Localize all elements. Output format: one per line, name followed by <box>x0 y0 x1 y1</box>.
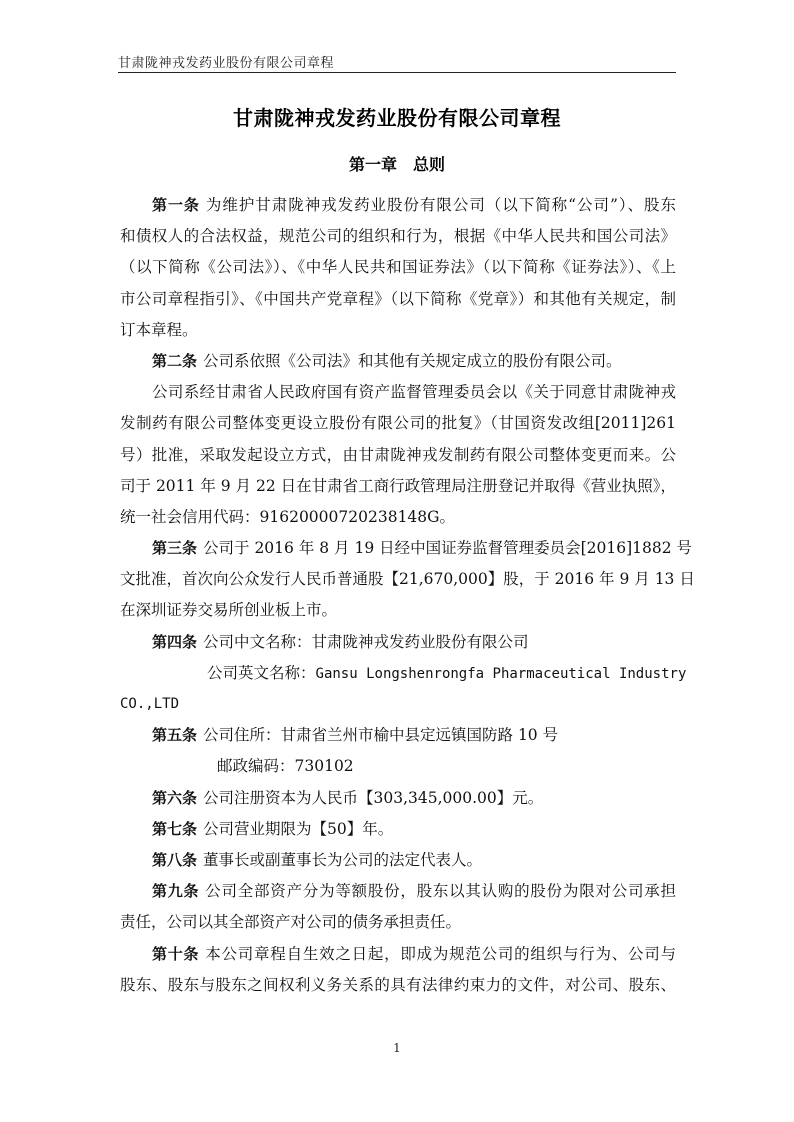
paragraph-line: 第三条公司于 2016 年 8 月 19 日经中国证券监督管理委员会[2016]… <box>120 533 676 564</box>
line-text: 公司注册资本为人民币【303,345,000.00】元。 <box>203 789 543 807</box>
paragraph-line: 第七条公司营业期限为【50】年。 <box>120 814 676 845</box>
article-label: 第五条 <box>152 726 197 744</box>
line-text: 公司中文名称：甘肃陇神戎发药业股份有限公司 <box>203 633 529 651</box>
article-label: 第八条 <box>152 851 197 869</box>
article-10: 第十条本公司章程自生效之日起，即成为规范公司的组织与行为、公司与 股东、股东与股… <box>120 939 676 1001</box>
page-number: 1 <box>0 1041 794 1055</box>
article-8: 第八条董事长或副董事长为公司的法定代表人。 <box>120 845 676 876</box>
line-text: 公司于 2016 年 8 月 19 日经中国证券监督管理委员会[2016]188… <box>203 539 692 557</box>
paragraph-line: 第一条为维护甘肃陇神戎发药业股份有限公司（以下简称“公司”）、股东 <box>120 190 676 221</box>
paragraph-line: CO.,LTD <box>120 689 676 720</box>
line-text: 公司全部资产分为等额股份，股东以其认购的股份为限对公司承担 <box>205 882 676 900</box>
paragraph-line: 和债权人的合法权益，规范公司的组织和行为，根据《中华人民共和国公司法》 <box>120 221 676 252</box>
document-page: 甘肃陇神戎发药业股份有限公司章程 甘肃陇神戎发药业股份有限公司章程 第一章 总则… <box>0 0 794 1122</box>
paragraph-line: 公司英文名称：Gansu Longshenrongfa Pharmaceutic… <box>120 658 676 689</box>
paragraph-line: 文批准，首次向公众发行人民币普通股【21,670,000】股，于 2016 年 … <box>120 564 676 595</box>
article-5: 第五条公司住所：甘肃省兰州市榆中县定远镇国防路 10 号 邮政编码：730102 <box>120 720 676 782</box>
article-label: 第二条 <box>152 352 197 370</box>
paragraph-line: 市公司章程指引》、《中国共产党章程》（以下简称《党章》）和其他有关规定，制 <box>120 284 676 315</box>
line-text: 公司系依照《公司法》和其他有关规定成立的股份有限公司。 <box>203 352 622 370</box>
paragraph-line: 第四条公司中文名称：甘肃陇神戎发药业股份有限公司 <box>120 627 676 658</box>
paragraph-line: 第二条公司系依照《公司法》和其他有关规定成立的股份有限公司。 <box>120 346 676 377</box>
article-3: 第三条公司于 2016 年 8 月 19 日经中国证券监督管理委员会[2016]… <box>120 533 676 627</box>
paragraph-line: 第八条董事长或副董事长为公司的法定代表人。 <box>120 845 676 876</box>
article-label: 第四条 <box>152 633 197 651</box>
article-1: 第一条为维护甘肃陇神戎发药业股份有限公司（以下简称“公司”）、股东 和债权人的合… <box>120 190 676 346</box>
paragraph-line: 责任，公司以其全部资产对公司的债务承担责任。 <box>120 907 676 938</box>
paragraph-line: 统一社会信用代码：91620000720238148G。 <box>120 502 676 533</box>
article-label: 第十条 <box>152 945 199 963</box>
line-text: 公司住所：甘肃省兰州市榆中县定远镇国防路 10 号 <box>203 726 558 744</box>
paragraph-line: 发制药有限公司整体变更设立股份有限公司的批复》（甘国资发改组[2011]261 <box>120 408 676 439</box>
chapter-heading: 第一章 总则 <box>0 152 794 175</box>
paragraph-line: 股东、股东与股东之间权利义务关系的具有法律约束力的文件，对公司、股东、 <box>120 970 676 1001</box>
running-header: 甘肃陇神戎发药业股份有限公司章程 <box>118 52 676 71</box>
paragraph-line: 第六条公司注册资本为人民币【303,345,000.00】元。 <box>120 783 676 814</box>
paragraph-line: 第五条公司住所：甘肃省兰州市榆中县定远镇国防路 10 号 <box>120 720 676 751</box>
line-text: 公司英文名称： <box>207 664 316 682</box>
paragraph-line: 司于 2011 年 9 月 22 日在甘肃省工商行政管理局注册登记并取得《营业执… <box>120 471 676 502</box>
article-label: 第九条 <box>152 882 199 900</box>
document-title: 甘肃陇神戎发药业股份有限公司章程 <box>0 102 794 131</box>
article-label: 第七条 <box>152 820 197 838</box>
postal-code-line: 邮政编码：730102 <box>120 751 676 782</box>
article-9: 第九条公司全部资产分为等额股份，股东以其认购的股份为限对公司承担 责任，公司以其… <box>120 876 676 938</box>
line-text: 为维护甘肃陇神戎发药业股份有限公司（以下简称“公司”）、股东 <box>206 196 676 214</box>
article-2: 第二条公司系依照《公司法》和其他有关规定成立的股份有限公司。 公司系经甘肃省人民… <box>120 346 676 533</box>
paragraph-line: 第九条公司全部资产分为等额股份，股东以其认购的股份为限对公司承担 <box>120 876 676 907</box>
article-label: 第一条 <box>152 196 200 214</box>
paragraph-line: 在深圳证券交易所创业板上市。 <box>120 595 676 626</box>
article-label: 第三条 <box>152 539 197 557</box>
article-7: 第七条公司营业期限为【50】年。 <box>120 814 676 845</box>
article-4: 第四条公司中文名称：甘肃陇神戎发药业股份有限公司 公司英文名称：Gansu Lo… <box>120 627 676 721</box>
document-body: 第一条为维护甘肃陇神戎发药业股份有限公司（以下简称“公司”）、股东 和债权人的合… <box>120 190 676 1001</box>
article-label: 第六条 <box>152 789 197 807</box>
english-name: Gansu Longshenrongfa Pharmaceutical Indu… <box>316 666 687 682</box>
header-divider <box>118 72 676 73</box>
line-text: 公司营业期限为【50】年。 <box>203 820 393 838</box>
paragraph-line: （以下简称《公司法》）、《中华人民共和国证券法》（以下简称《证券法》）、《上 <box>120 252 676 283</box>
paragraph-line: 号）批准，采取发起设立方式，由甘肃陇神戎发制药有限公司整体变更而来。公 <box>120 440 676 471</box>
paragraph-line: 公司系经甘肃省人民政府国有资产监督管理委员会以《关于同意甘肃陇神戎 <box>120 377 676 408</box>
line-text: 董事长或副董事长为公司的法定代表人。 <box>203 851 482 869</box>
paragraph-line: 第十条本公司章程自生效之日起，即成为规范公司的组织与行为、公司与 <box>120 939 676 970</box>
paragraph-line: 订本章程。 <box>120 315 676 346</box>
article-6: 第六条公司注册资本为人民币【303,345,000.00】元。 <box>120 783 676 814</box>
line-text: 本公司章程自生效之日起，即成为规范公司的组织与行为、公司与 <box>205 945 676 963</box>
